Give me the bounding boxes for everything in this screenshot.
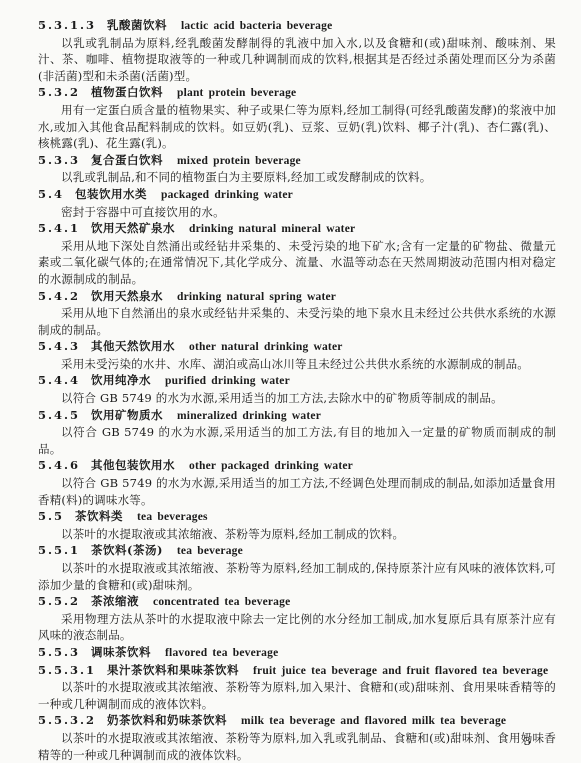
section-heading: 5.4.5饮用矿物质水mineralized drinking water (38, 407, 556, 425)
section-title-en: drinking natural mineral water (189, 223, 355, 235)
section-heading: 5.3.1.3乳酸菌饮料lactic acid bacteria beverag… (38, 17, 556, 35)
section-title-zh: 饮用天然泉水 (91, 289, 163, 303)
section-title-en: concentrated tea beverage (153, 596, 290, 608)
section-heading: 5.5.3.1果汁茶饮料和果味茶饮料fruit juice tea bevera… (38, 662, 556, 680)
section-body: 以茶叶的水提取液或其浓缩液、茶粉等为原料,加入乳或乳制品、食糖和(或)甜味剂、食… (38, 730, 556, 763)
section-body: 以乳或乳制品为原料,经乳酸菌发酵制得的乳液中加入水,以及食糖和(或)甜味剂、酸味… (38, 35, 556, 85)
section-title-en: lactic acid bacteria beverage (181, 20, 332, 32)
section-title-zh: 饮用天然矿泉水 (91, 221, 175, 235)
section-title-en: other packaged drinking water (189, 460, 353, 472)
section-title-en: other natural drinking water (189, 341, 343, 353)
section-5-4: 5.4包装饮用水类packaged drinking water 密封于容器中可… (38, 186, 556, 220)
section-body: 用有一定蛋白质含量的植物果实、种子或果仁等为原料,经加工制得(可经乳酸菌发酵)的… (38, 102, 556, 152)
section-heading: 5.3.2植物蛋白饮料plant protein beverage (38, 84, 556, 102)
section-heading: 5.5茶饮料类tea beverages (38, 508, 556, 526)
section-5-5-3-2: 5.5.3.2奶茶饮料和奶味茶饮料milk tea beverage and f… (38, 712, 556, 763)
section-5-5-3: 5.5.3调味茶饮料flavored tea beverage (38, 644, 556, 662)
section-number: 5.4.5 (38, 408, 80, 422)
section-heading: 5.3.3复合蛋白饮料mixed protein beverage (38, 152, 556, 170)
section-title-en: tea beverages (137, 511, 208, 523)
section-title-en: fruit juice tea beverage and fruit flavo… (253, 665, 548, 677)
section-title-zh: 调味茶饮料 (91, 645, 151, 659)
section-title-zh: 乳酸菌饮料 (107, 18, 167, 32)
section-body: 以符合 GB 5749 的水为水源,采用适当的加工方法,有目的地加入一定量的矿物… (38, 424, 556, 457)
section-number: 5.5.2 (38, 594, 80, 608)
section-5-5-3-1: 5.5.3.1果汁茶饮料和果味茶饮料fruit juice tea bevera… (38, 662, 556, 713)
section-title-en: milk tea beverage and flavored milk tea … (241, 715, 506, 727)
section-heading: 5.4.4饮用纯净水purified drinking water (38, 372, 556, 390)
section-number: 5.5.1 (38, 543, 80, 557)
section-number: 5.5.3.2 (38, 713, 96, 727)
section-body: 以符合 GB 5749 的水为水源,采用适当的加工方法,去除水中的矿物质等制成的… (38, 390, 556, 407)
section-body: 采用从地下深处自然涌出或经钻井采集的、未受污染的地下矿水;含有一定量的矿物盐、微… (38, 238, 556, 288)
section-title-en: plant protein beverage (177, 87, 296, 99)
section-number: 5.4.1 (38, 221, 80, 235)
section-title-en: flavored tea beverage (165, 647, 278, 659)
section-5-3-1-3: 5.3.1.3乳酸菌饮料lactic acid bacteria beverag… (38, 17, 556, 84)
section-title-en: mineralized drinking water (177, 410, 321, 422)
section-5-4-3: 5.4.3其他天然饮用水other natural drinking water… (38, 338, 556, 372)
section-body: 采用从地下自然涌出的泉水或经钻井采集的、未受污染的地下泉水且未经过公共供水系统的… (38, 305, 556, 338)
section-title-zh: 奶茶饮料和奶味茶饮料 (107, 713, 227, 727)
section-title-en: purified drinking water (165, 375, 290, 387)
section-5-4-2: 5.4.2饮用天然泉水drinking natural spring water… (38, 288, 556, 339)
section-heading: 5.4.2饮用天然泉水drinking natural spring water (38, 288, 556, 306)
section-body: 以茶叶的水提取液或其浓缩液、茶粉等为原料,经加工制成的饮料。 (38, 526, 556, 543)
section-title-zh: 复合蛋白饮料 (91, 153, 163, 167)
section-title-zh: 其他天然饮用水 (91, 339, 175, 353)
section-5-4-1: 5.4.1饮用天然矿泉水drinking natural mineral wat… (38, 220, 556, 287)
section-title-en: mixed protein beverage (177, 155, 301, 167)
section-number: 5.5.3 (38, 645, 80, 659)
section-5-3-2: 5.3.2植物蛋白饮料plant protein beverage 用有一定蛋白… (38, 84, 556, 151)
section-number: 5.5.3.1 (38, 663, 96, 677)
section-5-3-3: 5.3.3复合蛋白饮料mixed protein beverage 以乳或乳制品… (38, 152, 556, 186)
section-number: 5.3.2 (38, 85, 80, 99)
section-5-4-4: 5.4.4饮用纯净水purified drinking water 以符合 GB… (38, 372, 556, 406)
section-heading: 5.5.1茶饮料(茶汤)tea beverage (38, 542, 556, 560)
section-body: 采用未受污染的水井、水库、湖泊或高山冰川等且未经过公共供水系统的水源制成的制品。 (38, 356, 556, 373)
section-title-zh: 植物蛋白饮料 (91, 85, 163, 99)
section-number: 5.3.1.3 (38, 18, 96, 32)
section-title-en: tea beverage (177, 545, 243, 557)
section-number: 5.4 (38, 187, 64, 201)
section-heading: 5.4.1饮用天然矿泉水drinking natural mineral wat… (38, 220, 556, 238)
section-body: 采用物理方法从茶叶的水提取液中除去一定比例的水分经加工制成,加水复原后具有原茶汁… (38, 611, 556, 644)
section-number: 5.4.2 (38, 289, 80, 303)
section-title-zh: 茶饮料(茶汤) (91, 543, 163, 557)
section-title-zh: 饮用纯净水 (91, 373, 151, 387)
section-title-zh: 茶饮料类 (75, 509, 123, 523)
section-title-zh: 果汁茶饮料和果味茶饮料 (107, 663, 239, 677)
section-title-en: drinking natural spring water (177, 291, 336, 303)
document-page: 5.3.1.3乳酸菌饮料lactic acid bacteria beverag… (0, 0, 581, 763)
section-heading: 5.5.3.2奶茶饮料和奶味茶饮料milk tea beverage and f… (38, 712, 556, 730)
section-5-4-6: 5.4.6其他包装饮用水other packaged drinking wate… (38, 457, 556, 508)
section-heading: 5.5.3调味茶饮料flavored tea beverage (38, 644, 556, 662)
section-heading: 5.4.6其他包装饮用水other packaged drinking wate… (38, 457, 556, 475)
section-title-zh: 其他包装饮用水 (91, 458, 175, 472)
section-number: 5.4.3 (38, 339, 80, 353)
section-number: 5.3.3 (38, 153, 80, 167)
section-5-4-5: 5.4.5饮用矿物质水mineralized drinking water 以符… (38, 407, 556, 458)
section-number: 5.5 (38, 509, 64, 523)
section-body: 密封于容器中可直接饮用的水。 (38, 204, 556, 221)
section-body: 以茶叶的水提取液或其浓缩液、茶粉等为原料,加入果汁、食糖和(或)甜味剂、食用果味… (38, 679, 556, 712)
section-5-5-1: 5.5.1茶饮料(茶汤)tea beverage 以茶叶的水提取液或其浓缩液、茶… (38, 542, 556, 593)
section-title-zh: 茶浓缩液 (91, 594, 139, 608)
section-body: 以符合 GB 5749 的水为水源,采用适当的加工方法,不经调色处理而制成的制品… (38, 475, 556, 508)
section-title-zh: 饮用矿物质水 (91, 408, 163, 422)
section-body: 以乳或乳制品,和不同的植物蛋白为主要原料,经加工或发酵制成的饮料。 (38, 169, 556, 186)
section-number: 5.4.4 (38, 373, 80, 387)
section-5-5-2: 5.5.2茶浓缩液concentrated tea beverage 采用物理方… (38, 593, 556, 644)
section-title-zh: 包装饮用水类 (75, 187, 147, 201)
section-heading: 5.5.2茶浓缩液concentrated tea beverage (38, 593, 556, 611)
section-heading: 5.4.3其他天然饮用水other natural drinking water (38, 338, 556, 356)
section-heading: 5.4包装饮用水类packaged drinking water (38, 186, 556, 204)
section-title-en: packaged drinking water (161, 189, 293, 201)
page-number: 3 (524, 733, 531, 750)
section-number: 5.4.6 (38, 458, 80, 472)
section-5-5: 5.5茶饮料类tea beverages 以茶叶的水提取液或其浓缩液、茶粉等为原… (38, 508, 556, 542)
section-body: 以茶叶的水提取液或其浓缩液、茶粉等为原料,经加工制成的,保持原茶汁应有风味的液体… (38, 560, 556, 593)
